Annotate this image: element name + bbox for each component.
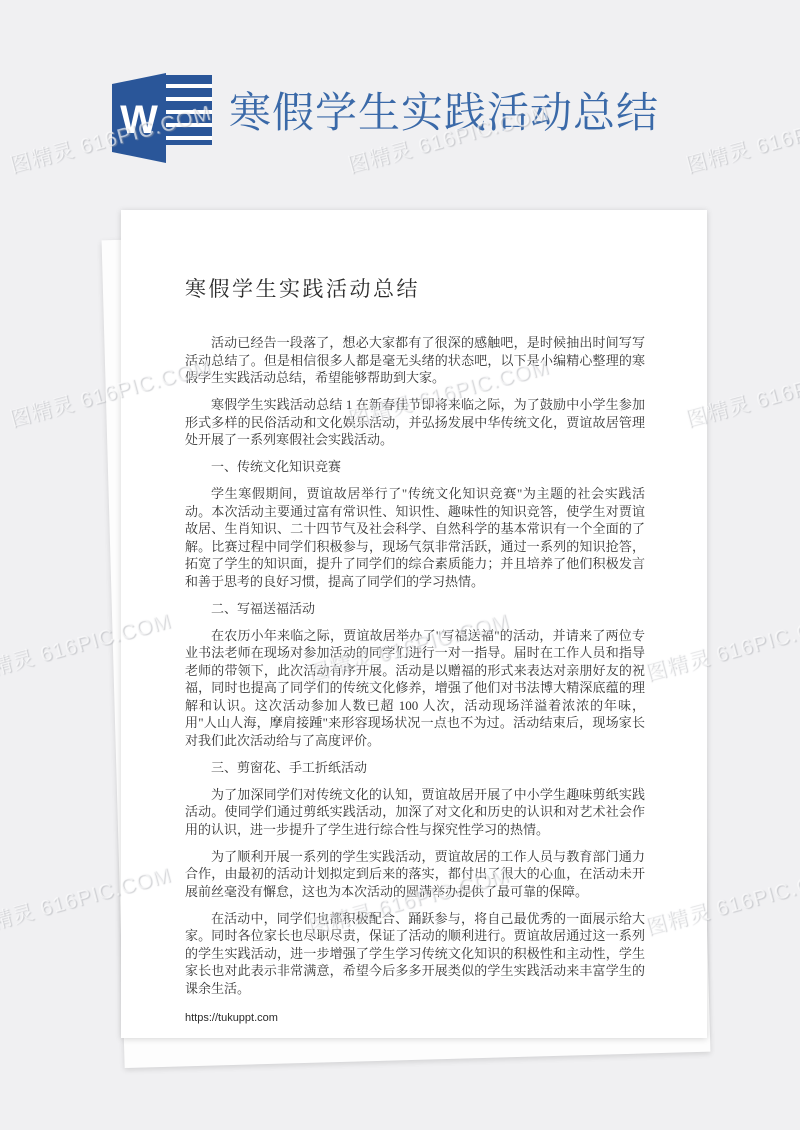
doc-section-heading: 一、传统文化知识竞赛 [185,458,645,476]
page-title: 寒假学生实践活动总结 [229,88,659,138]
doc-paragraph: 学生寒假期间，贾谊故居举行了"传统文化知识竞赛"为主题的社会实践活动。本次活动主… [185,485,645,590]
word-icon: W [104,70,214,166]
watermark: 图精灵 616PIC.COM [682,97,800,180]
doc-paragraph: 在活动中，同学们也都积极配合、踊跃参与，将自己最优秀的一面展示给大家。同时各位家… [185,910,645,998]
document-title: 寒假学生实践活动总结 [185,276,645,302]
document-body: 活动已经告一段落了，想必大家都有了很深的感触吧，是时候抽出时间写写活动总结了。但… [185,334,645,997]
doc-paragraph: 为了顺利开展一系列的学生实践活动，贾谊故居的工作人员与教育部门通力合作，由最初的… [185,848,645,901]
svg-text:W: W [120,98,158,142]
document-page: 寒假学生实践活动总结 活动已经告一段落了，想必大家都有了很深的感触吧，是时候抽出… [121,210,707,1038]
doc-paragraph: 寒假学生实践活动总结 1 在新春佳节即将来临之际，为了鼓励中小学生参加形式多样的… [185,396,645,449]
doc-section-heading: 二、写福送福活动 [185,600,645,618]
doc-paragraph: 为了加深同学们对传统文化的认知，贾谊故居开展了中小学生趣味剪纸实践活动。使同学们… [185,786,645,839]
doc-paragraph: 活动已经告一段落了，想必大家都有了很深的感触吧，是时候抽出时间写写活动总结了。但… [185,334,645,387]
source-url: https://tukuppt.com [185,1012,645,1024]
doc-paragraph: 在农历小年来临之际，贾谊故居举办了"写福送福"的活动，并请来了两位专业书法老师在… [185,627,645,750]
doc-section-heading: 三、剪窗花、手工折纸活动 [185,759,645,777]
